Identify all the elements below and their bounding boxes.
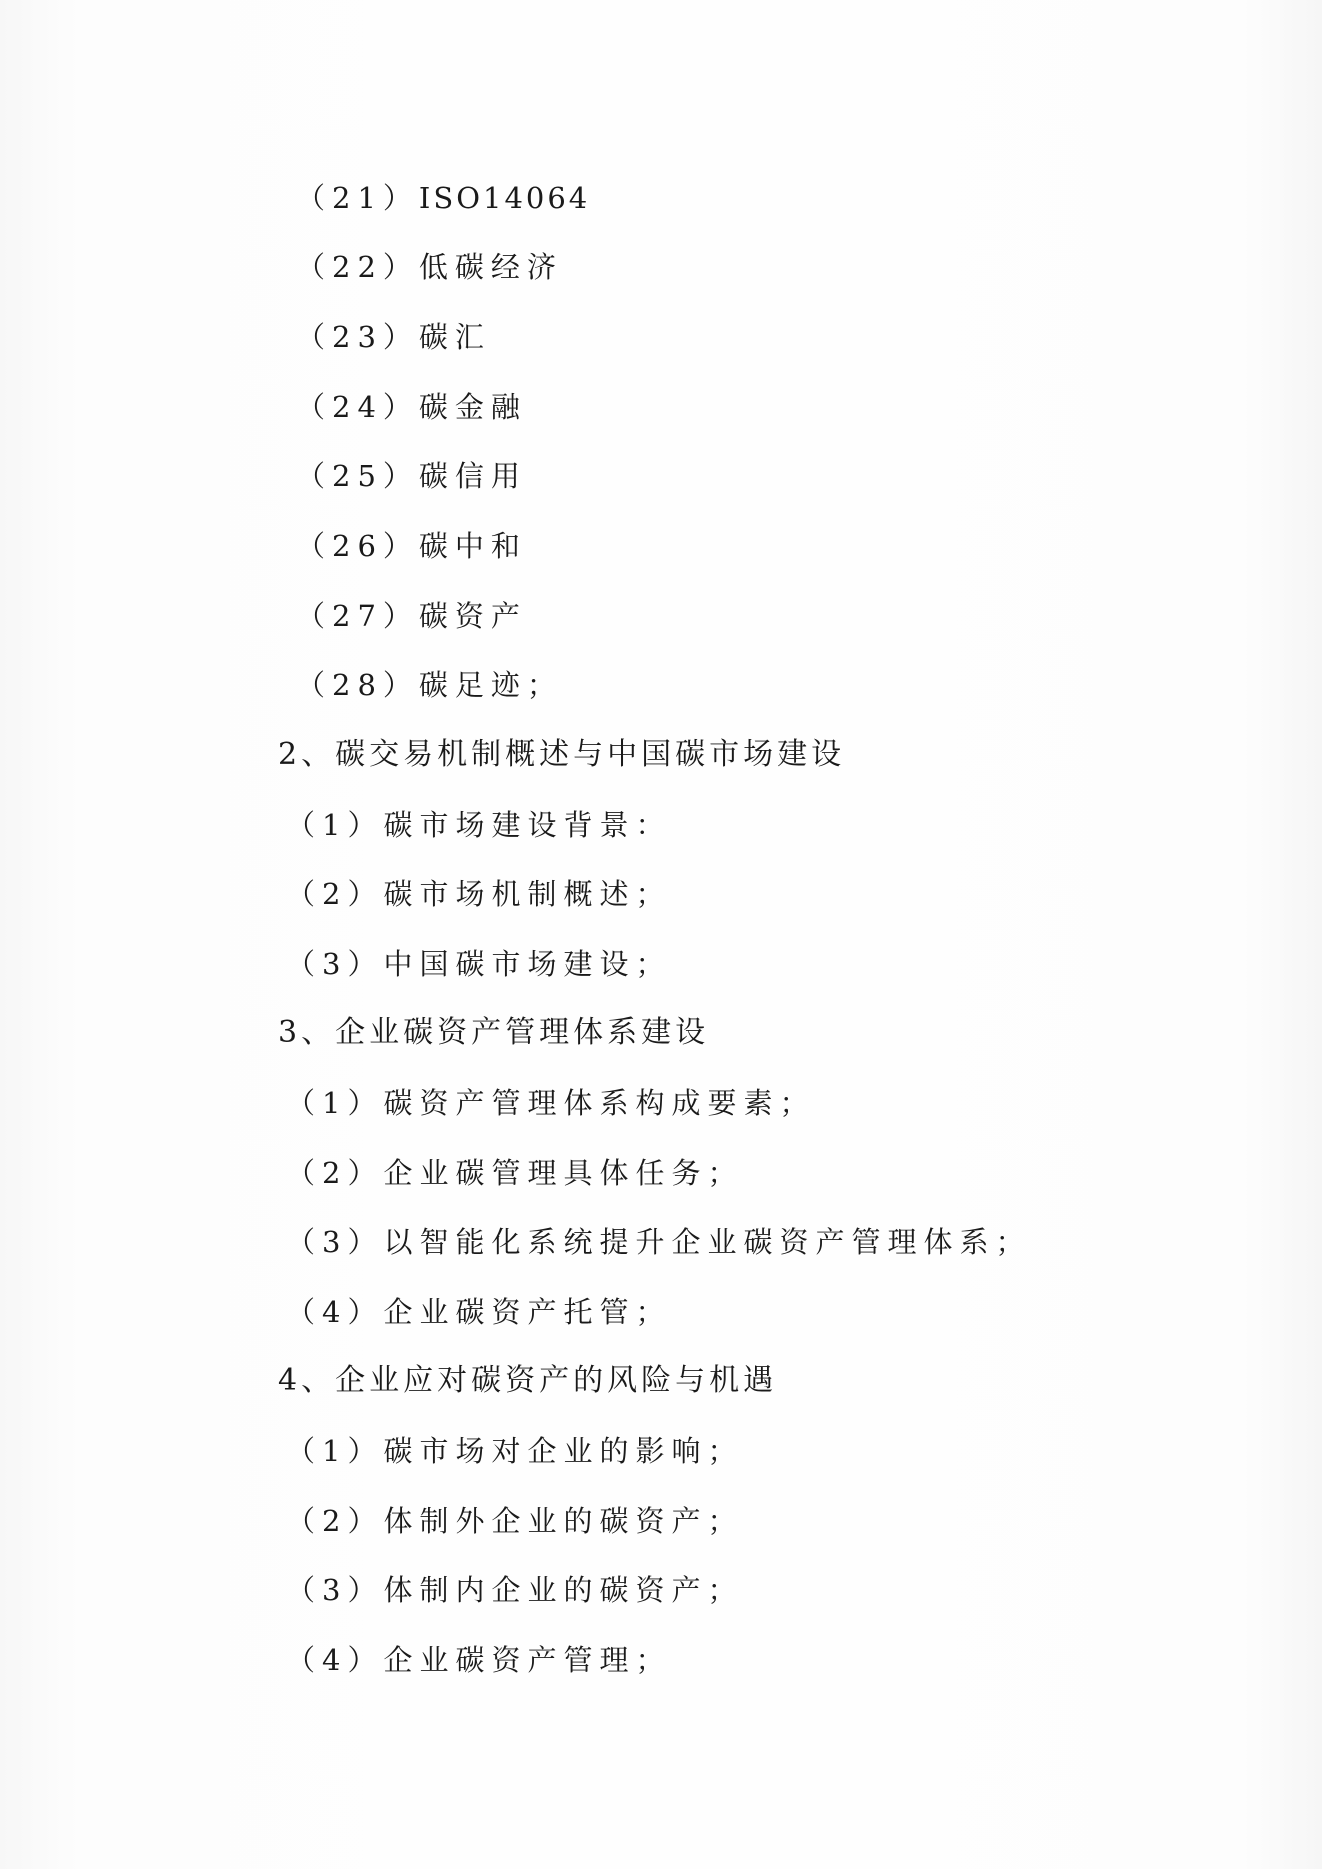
section-heading-4: 4、企业应对碳资产的风险与机遇 — [278, 1363, 777, 1399]
list-item-28: （28）碳足迹； — [296, 667, 563, 703]
list-number: （28） — [296, 668, 419, 702]
list-item-24: （24）碳金融 — [296, 389, 527, 425]
section-4-item-1: （1）碳市场对企业的影响； — [286, 1433, 743, 1469]
list-item-23: （23）碳汇 — [296, 319, 491, 355]
list-number: （26） — [296, 529, 419, 563]
list-text: 碳信用 — [419, 459, 527, 493]
list-text: ISO14064 — [419, 181, 590, 215]
list-number: （27） — [296, 599, 419, 633]
list-number: （23） — [296, 320, 419, 354]
list-item-26: （26）碳中和 — [296, 528, 527, 564]
list-text: 碳中和 — [419, 529, 527, 563]
list-number: （25） — [296, 459, 419, 493]
section-2-item-1: （1）碳市场建设背景： — [286, 807, 671, 843]
section-3-item-2: （2）企业碳管理具体任务； — [286, 1155, 743, 1191]
section-3-item-3: （3）以智能化系统提升企业碳资产管理体系； — [286, 1224, 1031, 1260]
list-number: （24） — [296, 390, 419, 424]
list-text: 碳足迹； — [419, 668, 563, 702]
section-4-item-2: （2）体制外企业的碳资产； — [286, 1503, 743, 1539]
list-number: （22） — [296, 250, 419, 284]
list-item-27: （27）碳资产 — [296, 598, 527, 634]
list-text: 碳资产 — [419, 599, 527, 633]
section-heading-2: 2、碳交易机制概述与中国碳市场建设 — [278, 737, 845, 773]
section-3-item-4: （4）企业碳资产托管； — [286, 1294, 671, 1330]
section-4-item-4: （4）企业碳资产管理； — [286, 1642, 671, 1678]
list-text: 低碳经济 — [419, 250, 563, 284]
list-item-25: （25）碳信用 — [296, 458, 527, 494]
document-page: （21）ISO14064 （22）低碳经济 （23）碳汇 （24）碳金融 （25… — [0, 0, 1322, 1869]
list-text: 碳汇 — [419, 320, 491, 354]
list-item-21: （21）ISO14064 — [296, 180, 590, 216]
list-number: （21） — [296, 181, 419, 215]
section-3-item-1: （1）碳资产管理体系构成要素； — [286, 1085, 815, 1121]
section-heading-3: 3、企业碳资产管理体系建设 — [278, 1015, 709, 1051]
section-2-item-3: （3）中国碳市场建设； — [286, 946, 671, 982]
list-text: 碳金融 — [419, 390, 527, 424]
list-item-22: （22）低碳经济 — [296, 249, 563, 285]
section-4-item-3: （3）体制内企业的碳资产； — [286, 1572, 743, 1608]
section-2-item-2: （2）碳市场机制概述； — [286, 876, 671, 912]
